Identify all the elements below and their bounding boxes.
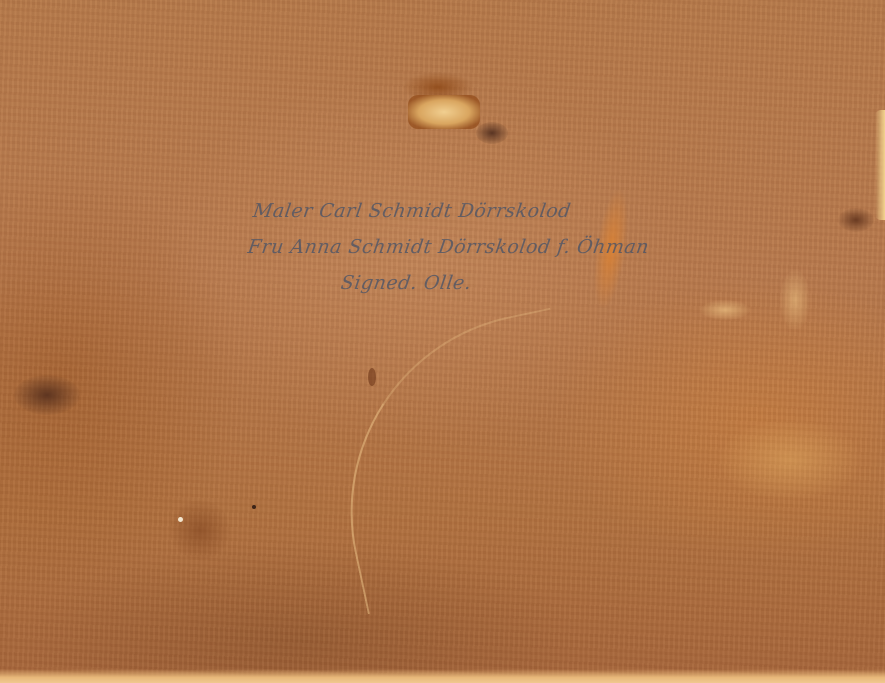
light-scuff xyxy=(700,300,750,320)
stain-right xyxy=(838,208,874,232)
stain-lower xyxy=(170,500,230,560)
speck xyxy=(368,368,376,386)
worn-edge-right xyxy=(875,110,885,220)
inscription-line-1: Maler Carl Schmidt Dörrskolod xyxy=(251,193,816,229)
handwritten-inscription: Maler Carl Schmidt Dörrskolod Fru Anna S… xyxy=(240,193,815,301)
ink-blot xyxy=(476,122,508,144)
inscription-line-3: Signed. Olle. xyxy=(240,265,805,301)
stain-left xyxy=(14,375,80,415)
light-scuff xyxy=(720,420,860,500)
speck xyxy=(178,517,183,522)
torn-hanger-hole xyxy=(408,95,480,129)
cardboard-backing: Maler Carl Schmidt Dörrskolod Fru Anna S… xyxy=(0,0,885,683)
speck xyxy=(252,505,256,509)
worn-edge-bottom xyxy=(0,669,885,683)
inscription-line-2: Fru Anna Schmidt Dörrskolod f. Öhman xyxy=(245,229,810,265)
